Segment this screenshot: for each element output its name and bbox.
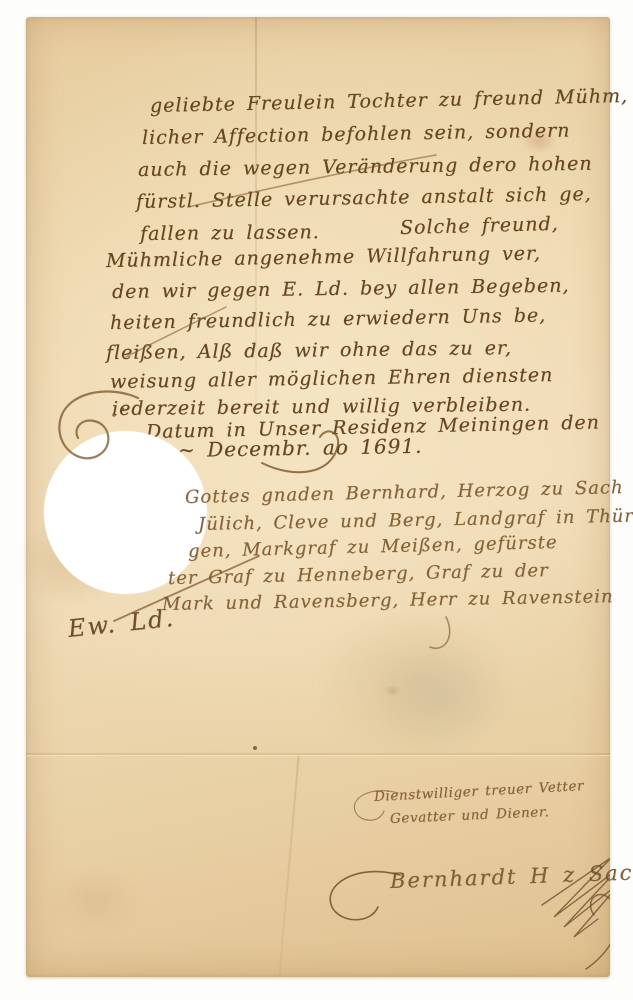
stain-bottom-left — [50, 867, 140, 933]
handwritten-line: fleißen, Alß daß wir ohne das zu er, — [106, 337, 512, 364]
handwritten-line: licher Affection befohlen sein, sondern — [142, 120, 571, 149]
title-line: gen, Markgraf zu Meißen, gefürste — [188, 532, 558, 562]
fold-crease-horizontal — [26, 753, 610, 755]
handwritten-line: auch die wegen Veränderung dero hohen — [138, 153, 593, 181]
closing-line: Gevatter und Diener. — [390, 804, 550, 827]
stain-middle-blue-bleed — [376, 647, 506, 747]
photo-of-letter: geliebte Freulein Tochter zu freund Mühm… — [0, 0, 633, 1000]
fold-crease-vertical-bottom — [278, 755, 299, 976]
stain-spot-center — [384, 685, 400, 696]
handwritten-line: geliebte Freulein Tochter zu freund Mühm… — [150, 85, 628, 117]
flourish-title-descender — [430, 617, 450, 648]
handwritten-line: den wir gegen E. Ld. bey allen Begeben, — [112, 275, 570, 303]
closing-line: Dienstwilliger treuer Vetter — [374, 778, 585, 805]
margin-abbreviation: Ew. Ld. — [67, 604, 177, 643]
dateline-date: ~ Decembr. ao 1691. — [178, 434, 423, 462]
handwritten-line: Mühmliche angenehme Willfahrung ver, — [106, 242, 541, 272]
handwritten-line: weisung aller möglichen Ehren diensten — [110, 364, 554, 393]
handwritten-line: fallen zu lassen. — [140, 221, 320, 245]
title-line: Gottes gnaden Bernhard, Herzog zu Sach — [185, 477, 624, 508]
handwritten-line: Solche freund, — [400, 213, 559, 239]
title-line: ter Graf zu Henneberg, Graf zu der — [168, 560, 549, 589]
stain-middle-mottling — [316, 607, 516, 757]
title-line: Jülich, Cleve und Berg, Landgraf in Thür… — [198, 505, 633, 535]
handwritten-line: heiten freundlich zu erwiedern Uns be, — [110, 304, 547, 334]
flourish-signature-tail — [586, 894, 610, 969]
signature: Bernhardt H z Sachßen — [390, 858, 633, 893]
title-line: Mark und Ravensberg, Herr zu Ravenstein — [162, 586, 614, 615]
ink-dot — [253, 746, 257, 750]
manuscript-paper: geliebte Freulein Tochter zu freund Mühm… — [26, 17, 610, 977]
handwritten-line: fürstl. Stelle verursachte anstalt sich … — [136, 183, 592, 213]
